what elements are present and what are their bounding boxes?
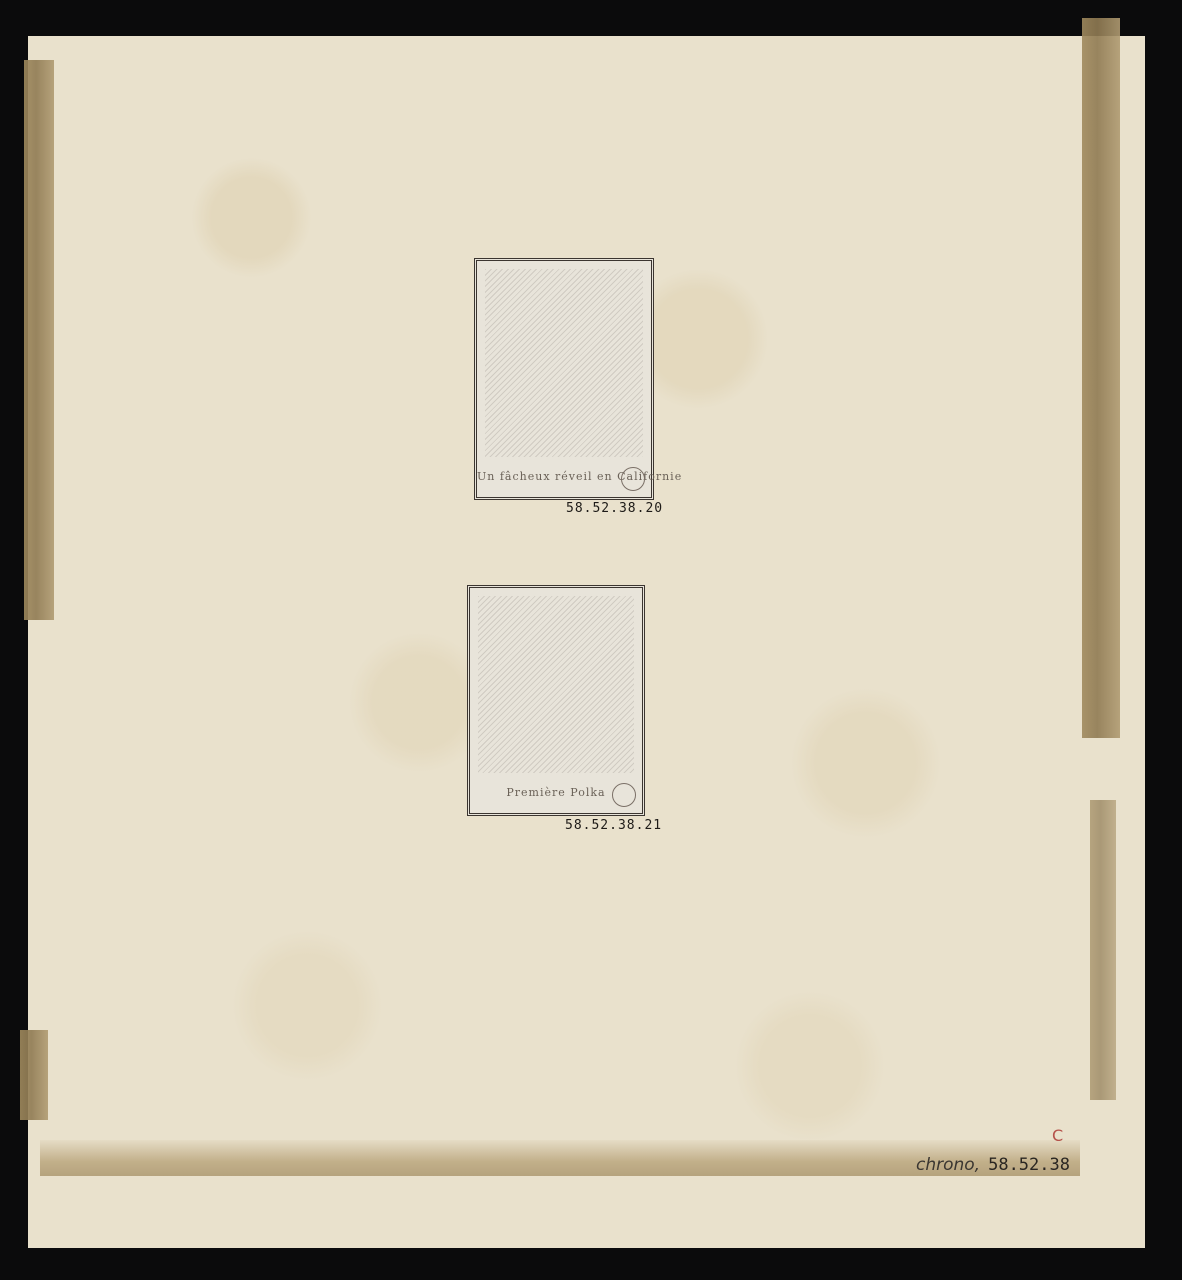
inventory-number: 58.52.38.20 [566, 501, 663, 516]
engraving-scene [485, 269, 643, 457]
tape-strip-left-lower [20, 1030, 48, 1120]
tape-strip-right-lower [1090, 800, 1116, 1100]
engraving-scene [478, 596, 634, 773]
collection-stamp-icon [621, 467, 645, 491]
collection-stamp-icon [612, 783, 636, 807]
red-mark: C [1052, 1126, 1063, 1145]
print-premiere-polka: Première Polka [467, 585, 645, 816]
tape-strip-right [1082, 18, 1120, 738]
inventory-number: 58.52.38.21 [565, 818, 662, 833]
tape-strip-left [24, 60, 54, 620]
mount-label: chrono,58.52.38 [916, 1155, 1070, 1175]
print-californie: Un fâcheux réveil en Californie [474, 258, 654, 500]
mount-inventory-number: 58.52.38 [988, 1155, 1070, 1175]
handwritten-label: chrono, [916, 1155, 980, 1175]
